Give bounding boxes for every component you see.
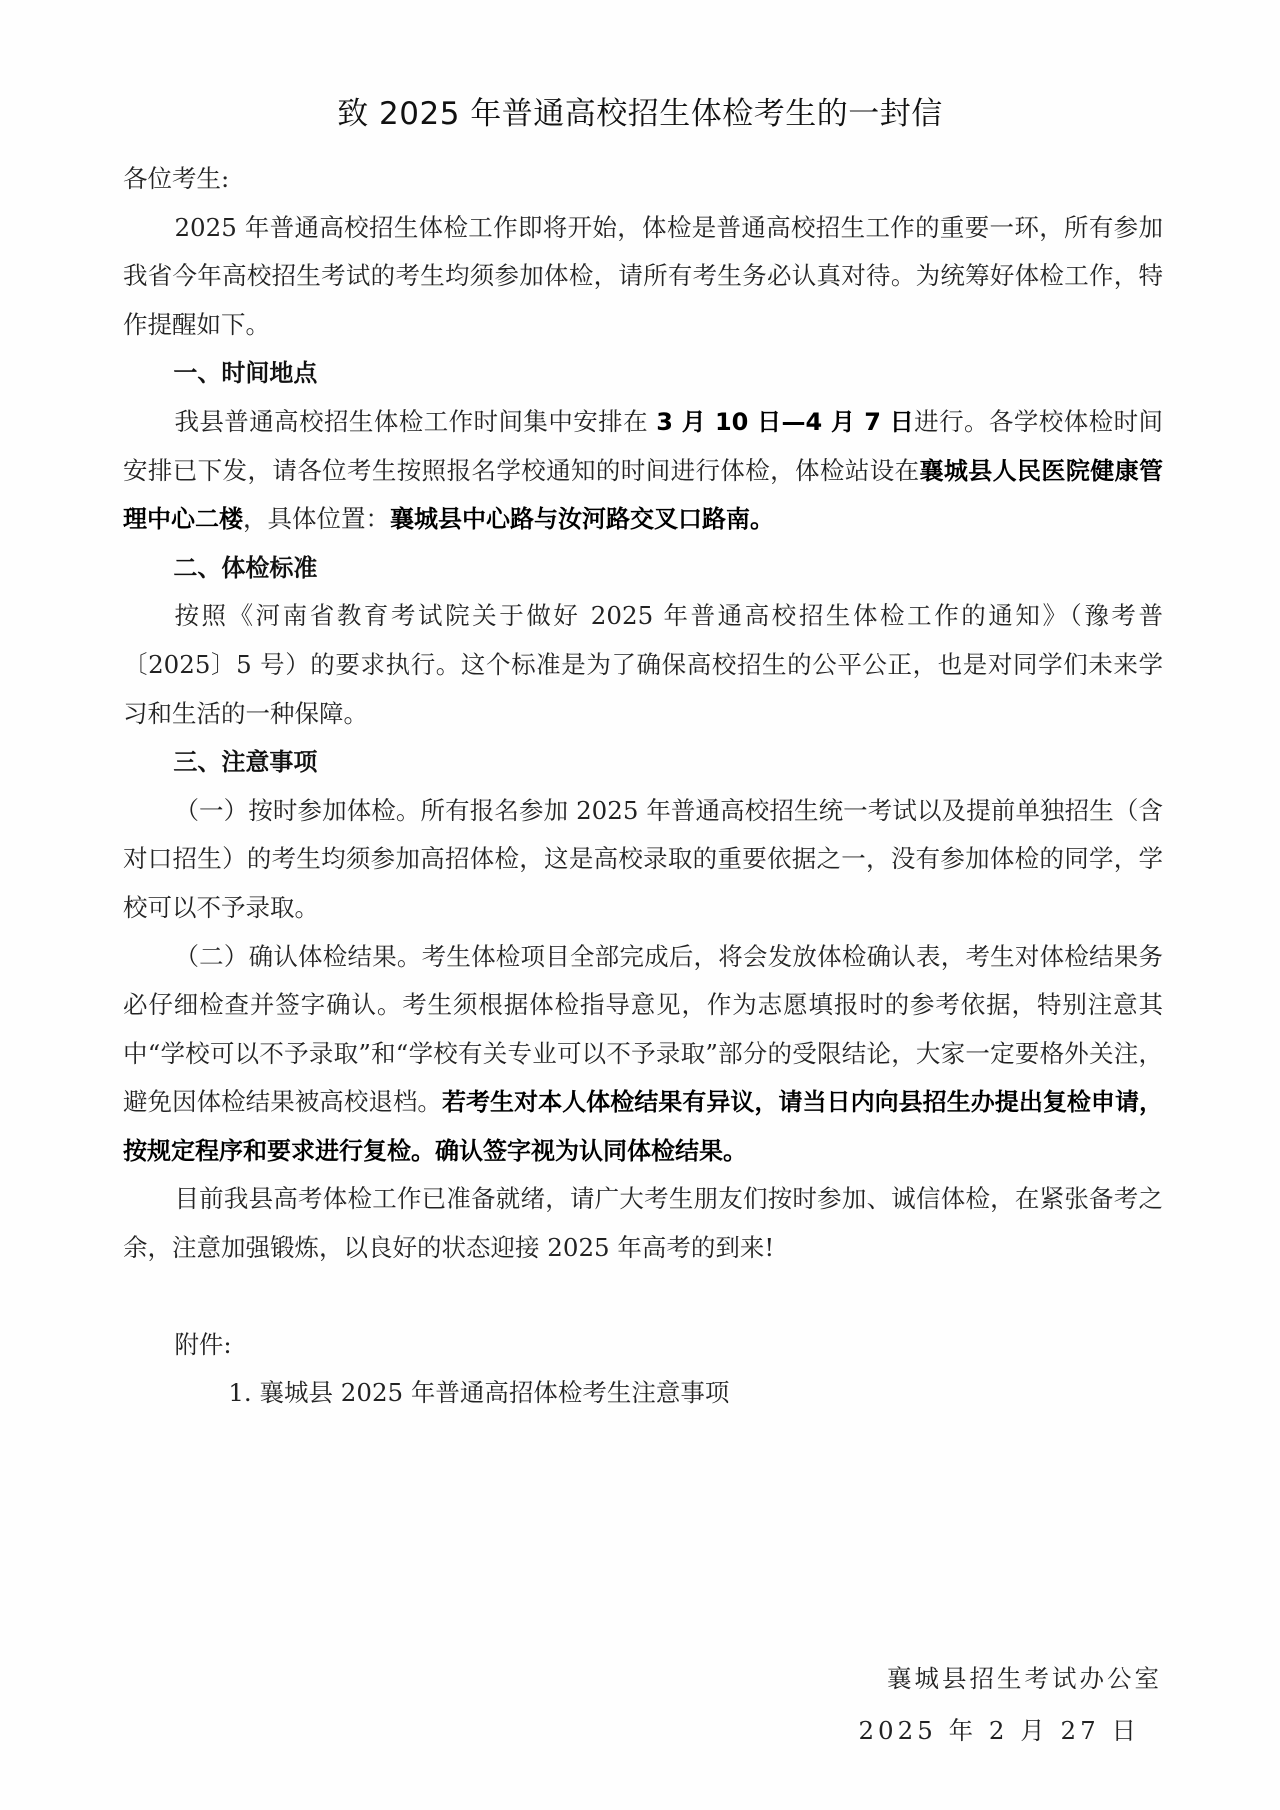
signature-block: 襄城县招生考试办公室 2025 年 2 月 27 日	[858, 1653, 1162, 1757]
document-title: 致 2025 年普通高校招生体检考生的一封信	[0, 88, 1280, 133]
text-segment: ，具体位置：	[243, 504, 390, 533]
section-standards-paragraph: 按照《河南省教育考试院关于做好 2025 年普通高校招生体检工作的通知》（豫考普…	[123, 592, 1163, 738]
venue-address: 襄城县中心路与汝河路交叉口路南。	[390, 505, 774, 533]
note-attend-on-time: （一）按时参加体检。所有报名参加 2025 年普通高校招生统一考试以及提前单独招…	[123, 787, 1163, 933]
section-heading-notes: 三、注意事项	[123, 738, 1163, 787]
spacer	[123, 1273, 1163, 1321]
section-heading-time-location: 一、时间地点	[123, 349, 1163, 398]
letter-page: 致 2025 年普通高校招生体检考生的一封信 各位考生: 2025 年普通高校招…	[0, 0, 1280, 1810]
intro-paragraph: 2025 年普通高校招生体检工作即将开始，体检是普通高校招生工作的重要一环，所有…	[123, 204, 1163, 350]
note-confirm-results: （二）确认体检结果。考生体检项目全部完成后，将会发放体检确认表，考生对体检结果务…	[123, 933, 1163, 1176]
section-heading-standards: 二、体检标准	[123, 544, 1163, 593]
issuing-organization: 襄城县招生考试办公室	[858, 1653, 1162, 1705]
exam-date-range: 3 月 10 日—4 月 7 日	[656, 408, 914, 436]
salutation: 各位考生:	[123, 155, 1163, 204]
text-segment: 我县普通高校招生体检工作时间集中安排在	[174, 407, 656, 436]
closing-paragraph: 目前我县高考体检工作已准备就绪，请广大考生朋友们按时参加、诚信体检，在紧张备考之…	[123, 1175, 1163, 1272]
section-time-location-paragraph: 我县普通高校招生体检工作时间集中安排在 3 月 10 日—4 月 7 日进行。各…	[123, 398, 1163, 544]
attachments-label: 附件:	[123, 1321, 1163, 1370]
text-segment: 按照《河南省教育考试院关于做好 2025 年普通高校招生体检工作的通知》（豫考普…	[123, 601, 1163, 727]
issue-date: 2025 年 2 月 27 日	[858, 1705, 1162, 1757]
text-segment: （一）按时参加体检。所有报名参加 2025 年普通高校招生统一考试以及提前单独招…	[123, 796, 1163, 922]
letter-body: 各位考生: 2025 年普通高校招生体检工作即将开始，体检是普通高校招生工作的重…	[123, 155, 1163, 1418]
attachment-item: 1. 襄城县 2025 年普通高招体检考生注意事项	[123, 1369, 1163, 1418]
